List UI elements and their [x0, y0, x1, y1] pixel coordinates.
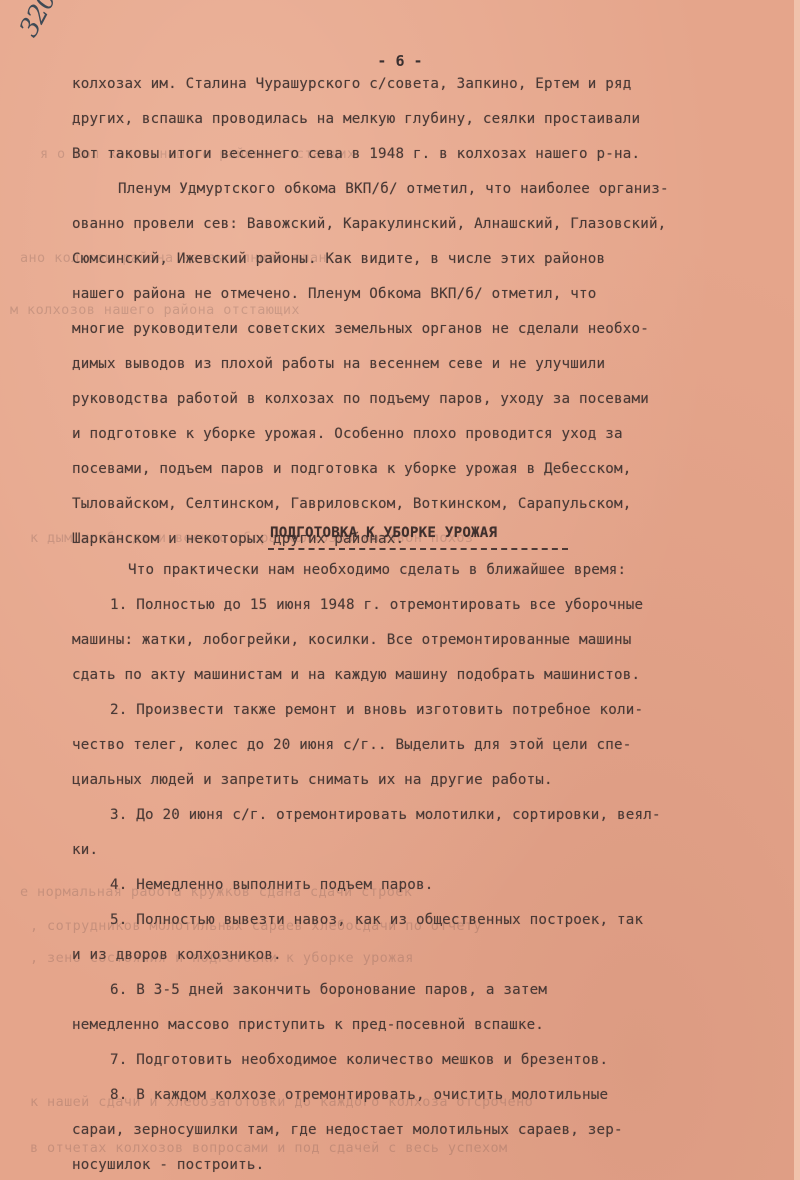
list-item-line: и из дворов колхозников.	[72, 947, 282, 963]
text-line: посевами, подъем паров и подготовка к уб…	[72, 461, 631, 477]
list-item-line: 4. Немедленно выполнить подъем паров.	[110, 877, 433, 893]
text-line: многие руководители советских земельных …	[72, 321, 649, 337]
list-item-line: 5. Полностью вывезти навоз, как из общес…	[110, 912, 643, 928]
list-item-line: циальных людей и запретить снимать их на…	[72, 772, 553, 788]
intro-line: Что практически нам необходимо сделать в…	[128, 562, 626, 578]
text-line: димых выводов из плохой работы на весенн…	[72, 356, 605, 372]
list-item-line: 8. В каждом колхозе отремонтировать, очи…	[110, 1087, 608, 1103]
list-item-line: сдать по акту машинистам и на каждую маш…	[72, 667, 640, 683]
page-edge	[794, 0, 800, 1180]
list-item-line: 7. Подготовить необходимое количество ме…	[110, 1052, 608, 1068]
text-line: Сюмсинский, Ижевский районы. Как видите,…	[72, 251, 605, 267]
list-item-line: носушилок - построить.	[72, 1157, 264, 1173]
document-page: 320б - 6 - я о кол хозов нашего района о…	[0, 0, 800, 1180]
list-item-line: ки.	[72, 842, 98, 858]
text-line: колхозах им. Сталина Чурашурского с/сове…	[72, 76, 631, 92]
text-line: других, вспашка проводилась на мелкую гл…	[72, 111, 640, 127]
list-item-line: 1. Полностью до 15 июня 1948 г. отремонт…	[110, 597, 643, 613]
text-line: ованно провели сев: Вавожский, Каракулин…	[72, 216, 666, 232]
text-line: руководства работой в колхозах по подъем…	[72, 391, 649, 407]
bleed-through-text: в отчетах колхозов вопросами и под сдаче…	[30, 1140, 508, 1156]
list-item-line: 6. В 3-5 дней закончить боронование паро…	[110, 982, 547, 998]
text-line: и подготовке к уборке урожая. Особенно п…	[72, 426, 623, 442]
text-line: Пленум Удмуртского обкома ВКП/б/ отметил…	[118, 181, 669, 197]
heading-underline	[268, 548, 568, 550]
list-item-line: немедленно массово приступить к пред-пос…	[72, 1017, 544, 1033]
text-line: нашего района не отмечено. Пленум Обкома…	[72, 286, 597, 302]
list-item-line: 3. До 20 июня с/г. отремонтировать молот…	[110, 807, 661, 823]
archive-number-handwritten: 320б	[14, 0, 69, 42]
list-item-line: машины: жатки, лобогрейки, косилки. Все …	[72, 632, 631, 648]
page-number: - 6 -	[0, 52, 800, 70]
text-line: Вот таковы итоги весеннего сева в 1948 г…	[72, 146, 640, 162]
bleed-through-text: м колхозов нашего района отстающих	[10, 302, 300, 318]
section-heading: ПОДГОТОВКА К УБОРКЕ УРОЖАЯ	[270, 525, 497, 541]
list-item-line: 2. Произвести также ремонт и вновь изгот…	[110, 702, 643, 718]
text-line: Тыловайском, Селтинском, Гавриловском, В…	[72, 496, 631, 512]
list-item-line: сараи, зерносушилки там, где недостает м…	[72, 1122, 623, 1138]
list-item-line: чество телег, колес до 20 июня с/г.. Выд…	[72, 737, 631, 753]
